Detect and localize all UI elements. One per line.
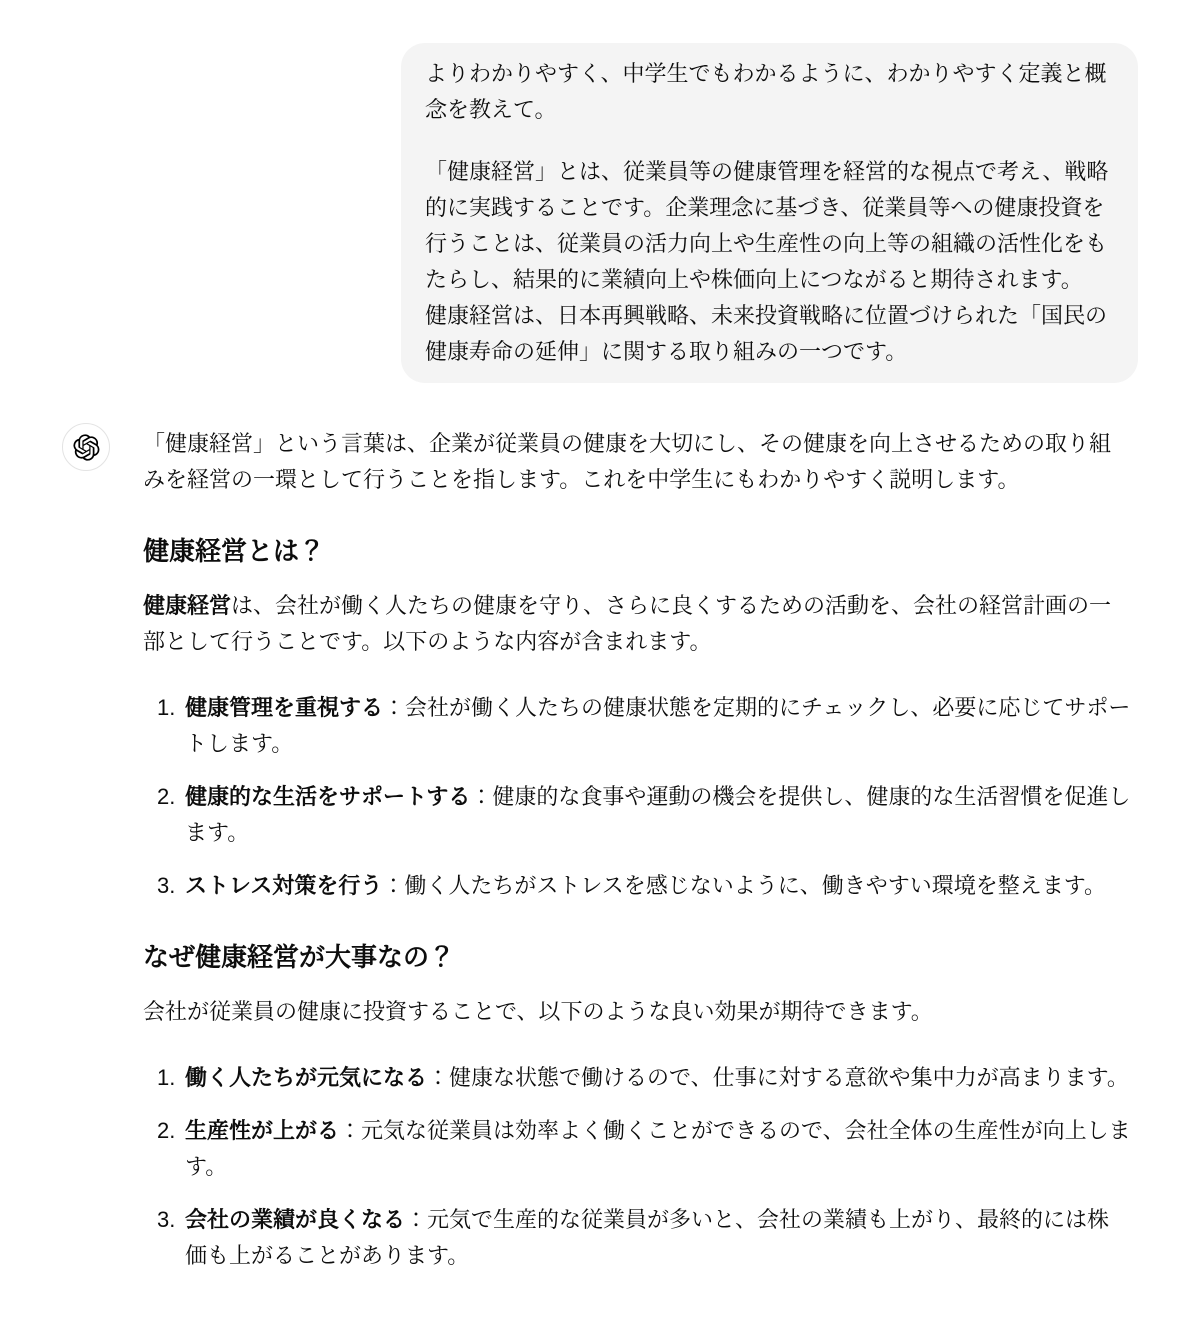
section-lead-paragraph: 健康経営は、会社が働く人たちの健康を守り、さらに良くするための活動を、会社の経営… [143, 588, 1131, 660]
assistant-message-content: 「健康経営」という言葉は、企業が従業員の健康を大切にし、その健康を向上させるため… [143, 423, 1131, 1274]
list-item-text: 健康な状態で働けるので、仕事に対する意欲や集中力が高まります。 [449, 1065, 1129, 1090]
list-item-text: 働く人たちがストレスを感じないように、働きやすい環境を整えます。 [404, 873, 1106, 898]
list-item-label: 生産性が上がる [185, 1118, 339, 1143]
assistant-message-row: 「健康経営」という言葉は、企業が従業員の健康を大切にし、その健康を向上させるため… [62, 423, 1138, 1274]
list-item-body: 働く人たちが元気になる：健康な状態で働けるので、仕事に対する意欲や集中力が高まり… [185, 1060, 1131, 1096]
section-heading-why-important: なぜ健康経営が大事なの？ [143, 940, 1131, 974]
list-item-separator: ： [427, 1065, 449, 1090]
list-item-separator: ： [383, 695, 405, 720]
list-item-label: ストレス対策を行う [185, 873, 382, 898]
numbered-list-why-important: 1. 働く人たちが元気になる：健康な状態で働けるので、仕事に対する意欲や集中力が… [143, 1060, 1131, 1274]
chat-thread: よりわかりやすく、中学生でもわかるように、わかりやすく定義と概念を教えて。 「健… [62, 0, 1138, 1274]
list-item: 1. 働く人たちが元気になる：健康な状態で働けるので、仕事に対する意欲や集中力が… [157, 1060, 1131, 1096]
list-item-label: 健康的な生活をサポートする [185, 784, 470, 809]
list-item: 2. 生産性が上がる：元気な従業員は効率よく働くことができるので、会社全体の生産… [157, 1113, 1131, 1185]
list-item-number: 2. [157, 779, 185, 851]
list-item-separator: ： [405, 1207, 427, 1232]
list-item-number: 3. [157, 1202, 185, 1274]
list-item-separator: ： [339, 1118, 361, 1143]
user-message-paragraph: よりわかりやすく、中学生でもわかるように、わかりやすく定義と概念を教えて。 [425, 56, 1114, 128]
list-item-body: 健康的な生活をサポートする：健康的な食事や運動の機会を提供し、健康的な生活習慣を… [185, 779, 1131, 851]
list-item-label: 健康管理を重視する [185, 695, 383, 720]
lead-text: は、会社が働く人たちの健康を守り、さらに良くするための活動を、会社の経営計画の一… [143, 593, 1111, 654]
list-item-body: ストレス対策を行う：働く人たちがストレスを感じないように、働きやすい環境を整えま… [185, 868, 1131, 904]
list-item-number: 1. [157, 690, 185, 762]
numbered-list-what-is: 1. 健康管理を重視する：会社が働く人たちの健康状態を定期的にチェックし、必要に… [143, 690, 1131, 904]
list-item-body: 会社の業績が良くなる：元気で生産的な従業員が多いと、会社の業績も上がり、最終的に… [185, 1202, 1131, 1274]
list-item-number: 1. [157, 1060, 185, 1096]
user-message-paragraph: 「健康経営」とは、従業員等の健康管理を経営的な視点で考え、戦略的に実践することで… [425, 154, 1114, 298]
list-item: 3. ストレス対策を行う：働く人たちがストレスを感じないように、働きやすい環境を… [157, 868, 1131, 904]
list-item: 2. 健康的な生活をサポートする：健康的な食事や運動の機会を提供し、健康的な生活… [157, 779, 1131, 851]
list-item-body: 健康管理を重視する：会社が働く人たちの健康状態を定期的にチェックし、必要に応じて… [185, 690, 1131, 762]
list-item-label: 会社の業績が良くなる [185, 1207, 405, 1232]
section-lead-paragraph: 会社が従業員の健康に投資することで、以下のような良い効果が期待できます。 [143, 994, 1131, 1030]
list-item: 3. 会社の業績が良くなる：元気で生産的な従業員が多いと、会社の業績も上がり、最… [157, 1202, 1131, 1274]
list-item: 1. 健康管理を重視する：会社が働く人たちの健康状態を定期的にチェックし、必要に… [157, 690, 1131, 762]
lead-bold-term: 健康経営 [143, 593, 231, 618]
list-item-label: 働く人たちが元気になる [185, 1065, 427, 1090]
list-item-number: 2. [157, 1113, 185, 1185]
user-message-bubble: よりわかりやすく、中学生でもわかるように、わかりやすく定義と概念を教えて。 「健… [401, 43, 1138, 383]
list-item-body: 生産性が上がる：元気な従業員は効率よく働くことができるので、会社全体の生産性が向… [185, 1113, 1131, 1185]
section-heading-what-is: 健康経営とは？ [143, 534, 1131, 568]
openai-logo-icon [73, 434, 100, 461]
assistant-intro-paragraph: 「健康経営」という言葉は、企業が従業員の健康を大切にし、その健康を向上させるため… [143, 426, 1131, 498]
list-item-separator: ： [470, 784, 492, 809]
assistant-avatar [62, 423, 110, 471]
user-message-paragraph: 健康経営は、日本再興戦略、未来投資戦略に位置づけられた「国民の健康寿命の延伸」に… [425, 298, 1114, 370]
lead-text: 会社が従業員の健康に投資することで、以下のような良い効果が期待できます。 [143, 999, 933, 1024]
list-item-separator: ： [382, 873, 404, 898]
list-item-number: 3. [157, 868, 185, 904]
user-message-row: よりわかりやすく、中学生でもわかるように、わかりやすく定義と概念を教えて。 「健… [62, 43, 1138, 383]
